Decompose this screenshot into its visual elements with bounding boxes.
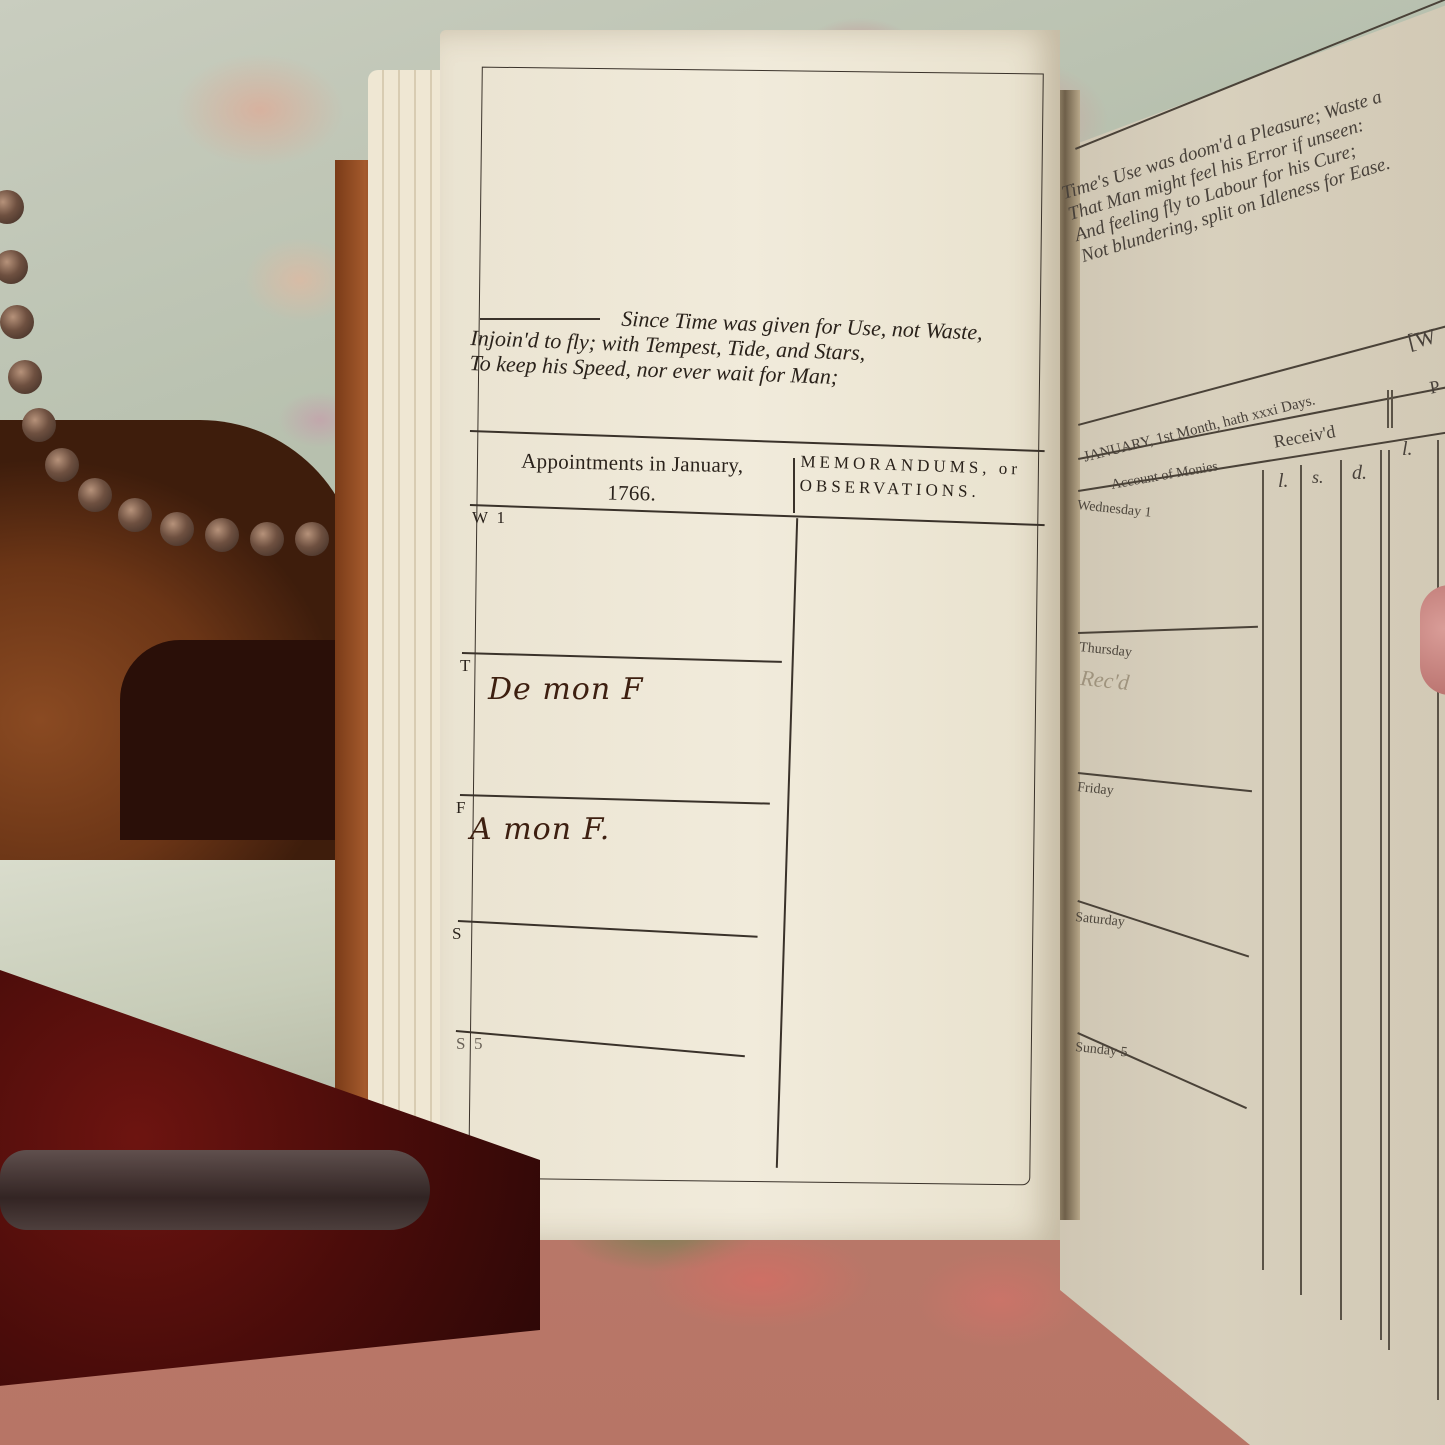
pence-col-label: d. — [1352, 462, 1367, 485]
ledger-column — [1437, 440, 1439, 1400]
double-bar — [1391, 390, 1393, 428]
fingertip — [1420, 585, 1445, 695]
day-row-fri: F — [456, 798, 465, 818]
page-border — [468, 67, 1044, 1186]
day-row-sat: S — [452, 924, 461, 944]
header-divider — [793, 458, 795, 513]
photo-scene: Since Time was given for Use, not Waste,… — [0, 0, 1445, 1445]
day-row-sun: S 5 — [456, 1034, 482, 1054]
faint-handwriting: Rec'd — [1079, 665, 1130, 696]
day-row-wed: W 1 — [472, 508, 505, 528]
handwritten-entry: De mon F — [488, 672, 644, 707]
day-row-thu: T — [460, 656, 470, 676]
chair-shadow — [120, 640, 340, 840]
pounds-col-label: l. — [1278, 470, 1289, 493]
ledger-column — [1300, 465, 1302, 1295]
shillings-col-label: s. — [1312, 467, 1324, 488]
ledger-column — [1388, 450, 1390, 1350]
handwritten-entry: A mon F. — [470, 812, 610, 847]
double-bar — [1387, 390, 1389, 428]
paid-pounds-col-label: l. — [1402, 438, 1413, 461]
ledger-column — [1262, 470, 1264, 1270]
memorandums-header: MEMORANDUMS, or OBSERVATIONS. — [799, 450, 1041, 506]
ledger-column — [1380, 450, 1382, 1340]
silver-ornament — [0, 1150, 430, 1230]
ledger-column — [1340, 460, 1342, 1320]
appointments-header: Appointments in January, 1766. — [473, 445, 790, 512]
